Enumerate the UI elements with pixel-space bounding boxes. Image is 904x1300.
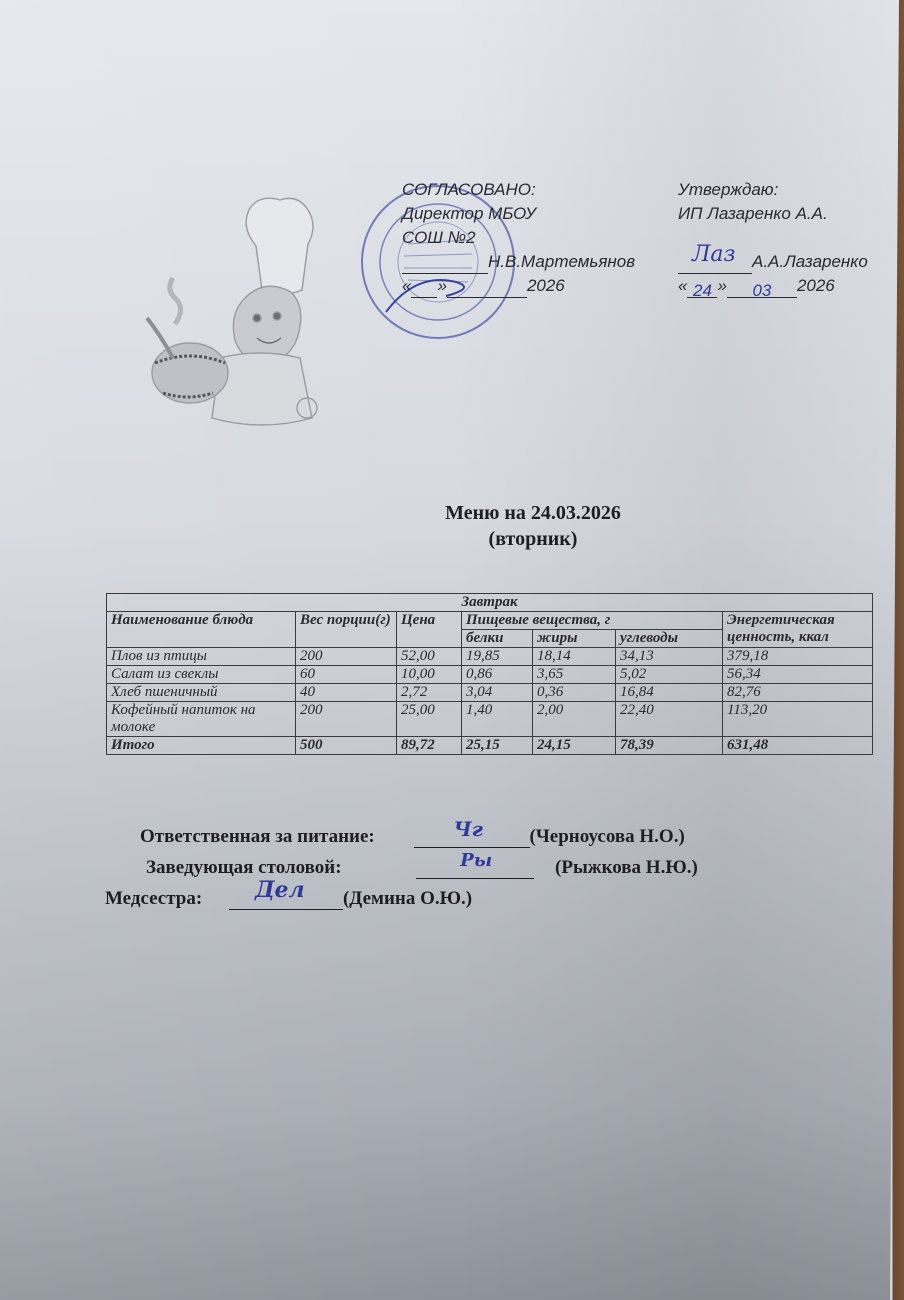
approved-year: 2026 bbox=[797, 276, 835, 295]
approval-block-approved: Утверждаю: ИП Лазаренко А.А. ЛазА.А.Лаза… bbox=[678, 178, 868, 298]
approved-date-line: «24»032026 bbox=[678, 274, 868, 298]
signature-blank: Дел bbox=[229, 889, 343, 910]
agreed-school: СОШ №2 bbox=[402, 226, 635, 250]
meal-header: Завтрак bbox=[107, 594, 873, 612]
cell-fat: 0,36 bbox=[533, 684, 616, 702]
cell-fat: 3,65 bbox=[533, 666, 616, 684]
signature-blank: Чг bbox=[414, 827, 530, 848]
handwritten-day: 24 bbox=[687, 279, 717, 298]
cell-energy: 113,20 bbox=[723, 702, 873, 737]
signature-nurse: Медсестра: Дел(Демина О.Ю.) bbox=[105, 888, 472, 910]
role-label: Ответственная за питание: bbox=[140, 826, 375, 847]
header-nutrients: Пищевые вещества, г bbox=[462, 612, 723, 630]
cell-price: 25,00 bbox=[397, 702, 462, 737]
signature-canteen-head: Заведующая столовой: Ры (Рыжкова Н.Ю.) bbox=[146, 857, 698, 879]
cell-name: Салат из свеклы bbox=[107, 666, 296, 684]
agreed-year: 2026 bbox=[527, 276, 565, 295]
person-name: (Черноусова Н.О.) bbox=[530, 826, 685, 847]
cell-weight: 40 bbox=[296, 684, 397, 702]
handwritten-signature: Ры bbox=[460, 850, 492, 871]
cell-weight: 60 bbox=[296, 666, 397, 684]
cell-carbs: 34,13 bbox=[616, 648, 723, 666]
header-name: Наименование блюда bbox=[107, 612, 296, 648]
agreed-heading: СОГЛАСОВАНО: bbox=[402, 178, 635, 202]
page-title: Меню на 24.03.2026 (вторник) bbox=[0, 500, 904, 552]
agreed-signer: Н.В.Мартемьянов bbox=[488, 252, 635, 271]
cell-name: Кофейный напиток на молоке bbox=[107, 702, 296, 737]
signature-blank: Лаз bbox=[678, 255, 752, 274]
cell-energy: 379,18 bbox=[723, 648, 873, 666]
role-label: Медсестра: bbox=[105, 888, 202, 909]
header-protein: белки bbox=[462, 630, 533, 648]
day-blank bbox=[411, 279, 437, 298]
cell-carbs: 22,40 bbox=[616, 702, 723, 737]
cell-fat: 2,00 bbox=[533, 702, 616, 737]
cell-protein: 0,86 bbox=[462, 666, 533, 684]
month-blank bbox=[447, 279, 527, 298]
signature-responsible: Ответственная за питание: Чг(Черноусова … bbox=[140, 826, 685, 848]
table-surface-edge bbox=[890, 0, 904, 1300]
table-row: Плов из птицы20052,0019,8518,1434,13379,… bbox=[107, 648, 873, 666]
cell-weight: 200 bbox=[296, 648, 397, 666]
cell-fat: 18,14 bbox=[533, 648, 616, 666]
cell-name: Хлеб пшеничный bbox=[107, 684, 296, 702]
date-quote-open: « bbox=[678, 276, 687, 295]
title-weekday: (вторник) bbox=[0, 526, 904, 552]
cell-name: Плов из птицы bbox=[107, 648, 296, 666]
chef-illustration-icon bbox=[145, 188, 330, 433]
total-carbs: 78,39 bbox=[616, 737, 723, 755]
signature-blank: Ры bbox=[416, 858, 534, 879]
table-row: Салат из свеклы6010,000,863,655,0256,34 bbox=[107, 666, 873, 684]
total-price: 89,72 bbox=[397, 737, 462, 755]
cell-price: 2,72 bbox=[397, 684, 462, 702]
approval-block-agreed: СОГЛАСОВАНО: Директор МБОУ СОШ №2 Н.В.Ма… bbox=[402, 178, 635, 298]
handwritten-signature: Дел bbox=[255, 877, 305, 903]
role-label: Заведующая столовой: bbox=[146, 857, 342, 878]
cell-price: 52,00 bbox=[397, 648, 462, 666]
approved-heading: Утверждаю: bbox=[678, 178, 868, 202]
table-row: Хлеб пшеничный402,723,040,3616,8482,76 bbox=[107, 684, 873, 702]
menu-table: Завтрак Наименование блюда Вес порции(г)… bbox=[106, 593, 873, 755]
date-quote-close: » bbox=[437, 276, 446, 295]
approved-organization: ИП Лазаренко А.А. bbox=[678, 202, 868, 226]
total-energy: 631,48 bbox=[723, 737, 873, 755]
cell-protein: 3,04 bbox=[462, 684, 533, 702]
agreed-signature-line: Н.В.Мартемьянов bbox=[402, 250, 635, 274]
header-energy: Энергетическая ценность, ккал bbox=[723, 612, 873, 648]
handwritten-month: 03 bbox=[727, 279, 797, 298]
cell-protein: 19,85 bbox=[462, 648, 533, 666]
header-carbs: углеводы bbox=[616, 630, 723, 648]
agreed-date-line: «»2026 bbox=[402, 274, 635, 298]
person-name: (Демина О.Ю.) bbox=[343, 888, 472, 909]
header-weight: Вес порции(г) bbox=[296, 612, 397, 648]
menu-rows: Плов из птицы20052,0019,8518,1434,13379,… bbox=[107, 648, 873, 737]
header-price: Цена bbox=[397, 612, 462, 648]
cell-energy: 56,34 bbox=[723, 666, 873, 684]
handwritten-signature: Чг bbox=[454, 817, 484, 841]
cell-weight: 200 bbox=[296, 702, 397, 737]
cell-price: 10,00 bbox=[397, 666, 462, 684]
cell-carbs: 16,84 bbox=[616, 684, 723, 702]
total-protein: 25,15 bbox=[462, 737, 533, 755]
date-quote-open: « bbox=[402, 276, 411, 295]
handwritten-signature: Лаз bbox=[692, 243, 735, 267]
person-name: (Рыжкова Н.Ю.) bbox=[555, 857, 698, 878]
total-row: Итого 500 89,72 25,15 24,15 78,39 631,48 bbox=[107, 737, 873, 755]
cell-protein: 1,40 bbox=[462, 702, 533, 737]
title-date: Меню на 24.03.2026 bbox=[0, 500, 904, 526]
cell-energy: 82,76 bbox=[723, 684, 873, 702]
total-label: Итого bbox=[107, 737, 296, 755]
date-quote-close: » bbox=[717, 276, 726, 295]
header-fat: жиры bbox=[533, 630, 616, 648]
signature-blank bbox=[402, 255, 488, 274]
total-fat: 24,15 bbox=[533, 737, 616, 755]
approved-signer: А.А.Лазаренко bbox=[752, 252, 868, 271]
agreed-position: Директор МБОУ bbox=[402, 202, 635, 226]
table-row: Кофейный напиток на молоке20025,001,402,… bbox=[107, 702, 873, 737]
approved-signature-line: ЛазА.А.Лазаренко bbox=[678, 250, 868, 274]
cell-carbs: 5,02 bbox=[616, 666, 723, 684]
total-weight: 500 bbox=[296, 737, 397, 755]
